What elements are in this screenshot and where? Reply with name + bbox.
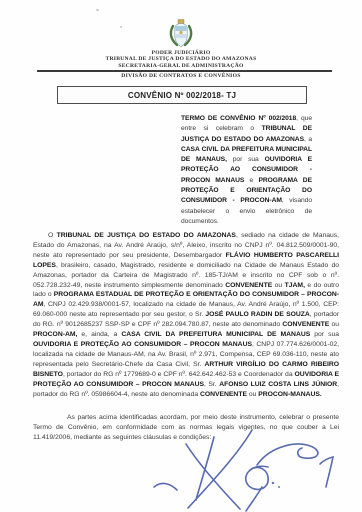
org-line-secretaria: SECRETARIA-GERAL DE ADMINISTRAÇÃO (0, 63, 362, 69)
document-body: O TRIBUNAL DE JUSTIÇA DO ESTADO DO AMAZO… (33, 231, 339, 443)
preamble-paragraph: TERMO DE CONVÊNIO Nº 002/2018, que entre… (181, 114, 312, 227)
scan-speck (120, 26, 122, 28)
tjam-coat-of-arms-icon (169, 18, 193, 49)
document-title-box: CONVÊNIO Nº 002/2018- TJ (57, 86, 307, 104)
scanned-document-page: PODER JUDICIÁRIO TRIBUNAL DE JUSTIÇA DO … (0, 0, 362, 512)
document-title: CONVÊNIO Nº 002/2018- TJ (128, 91, 236, 100)
division-label: DIVISÃO DE CONTRATOS E CONVÊNIOS (0, 73, 362, 79)
letterhead-rule (37, 70, 332, 72)
handwritten-signature (150, 420, 355, 512)
parties-paragraph: O TRIBUNAL DE JUSTIÇA DO ESTADO DO AMAZO… (33, 231, 339, 399)
scan-speck (96, 9, 99, 11)
